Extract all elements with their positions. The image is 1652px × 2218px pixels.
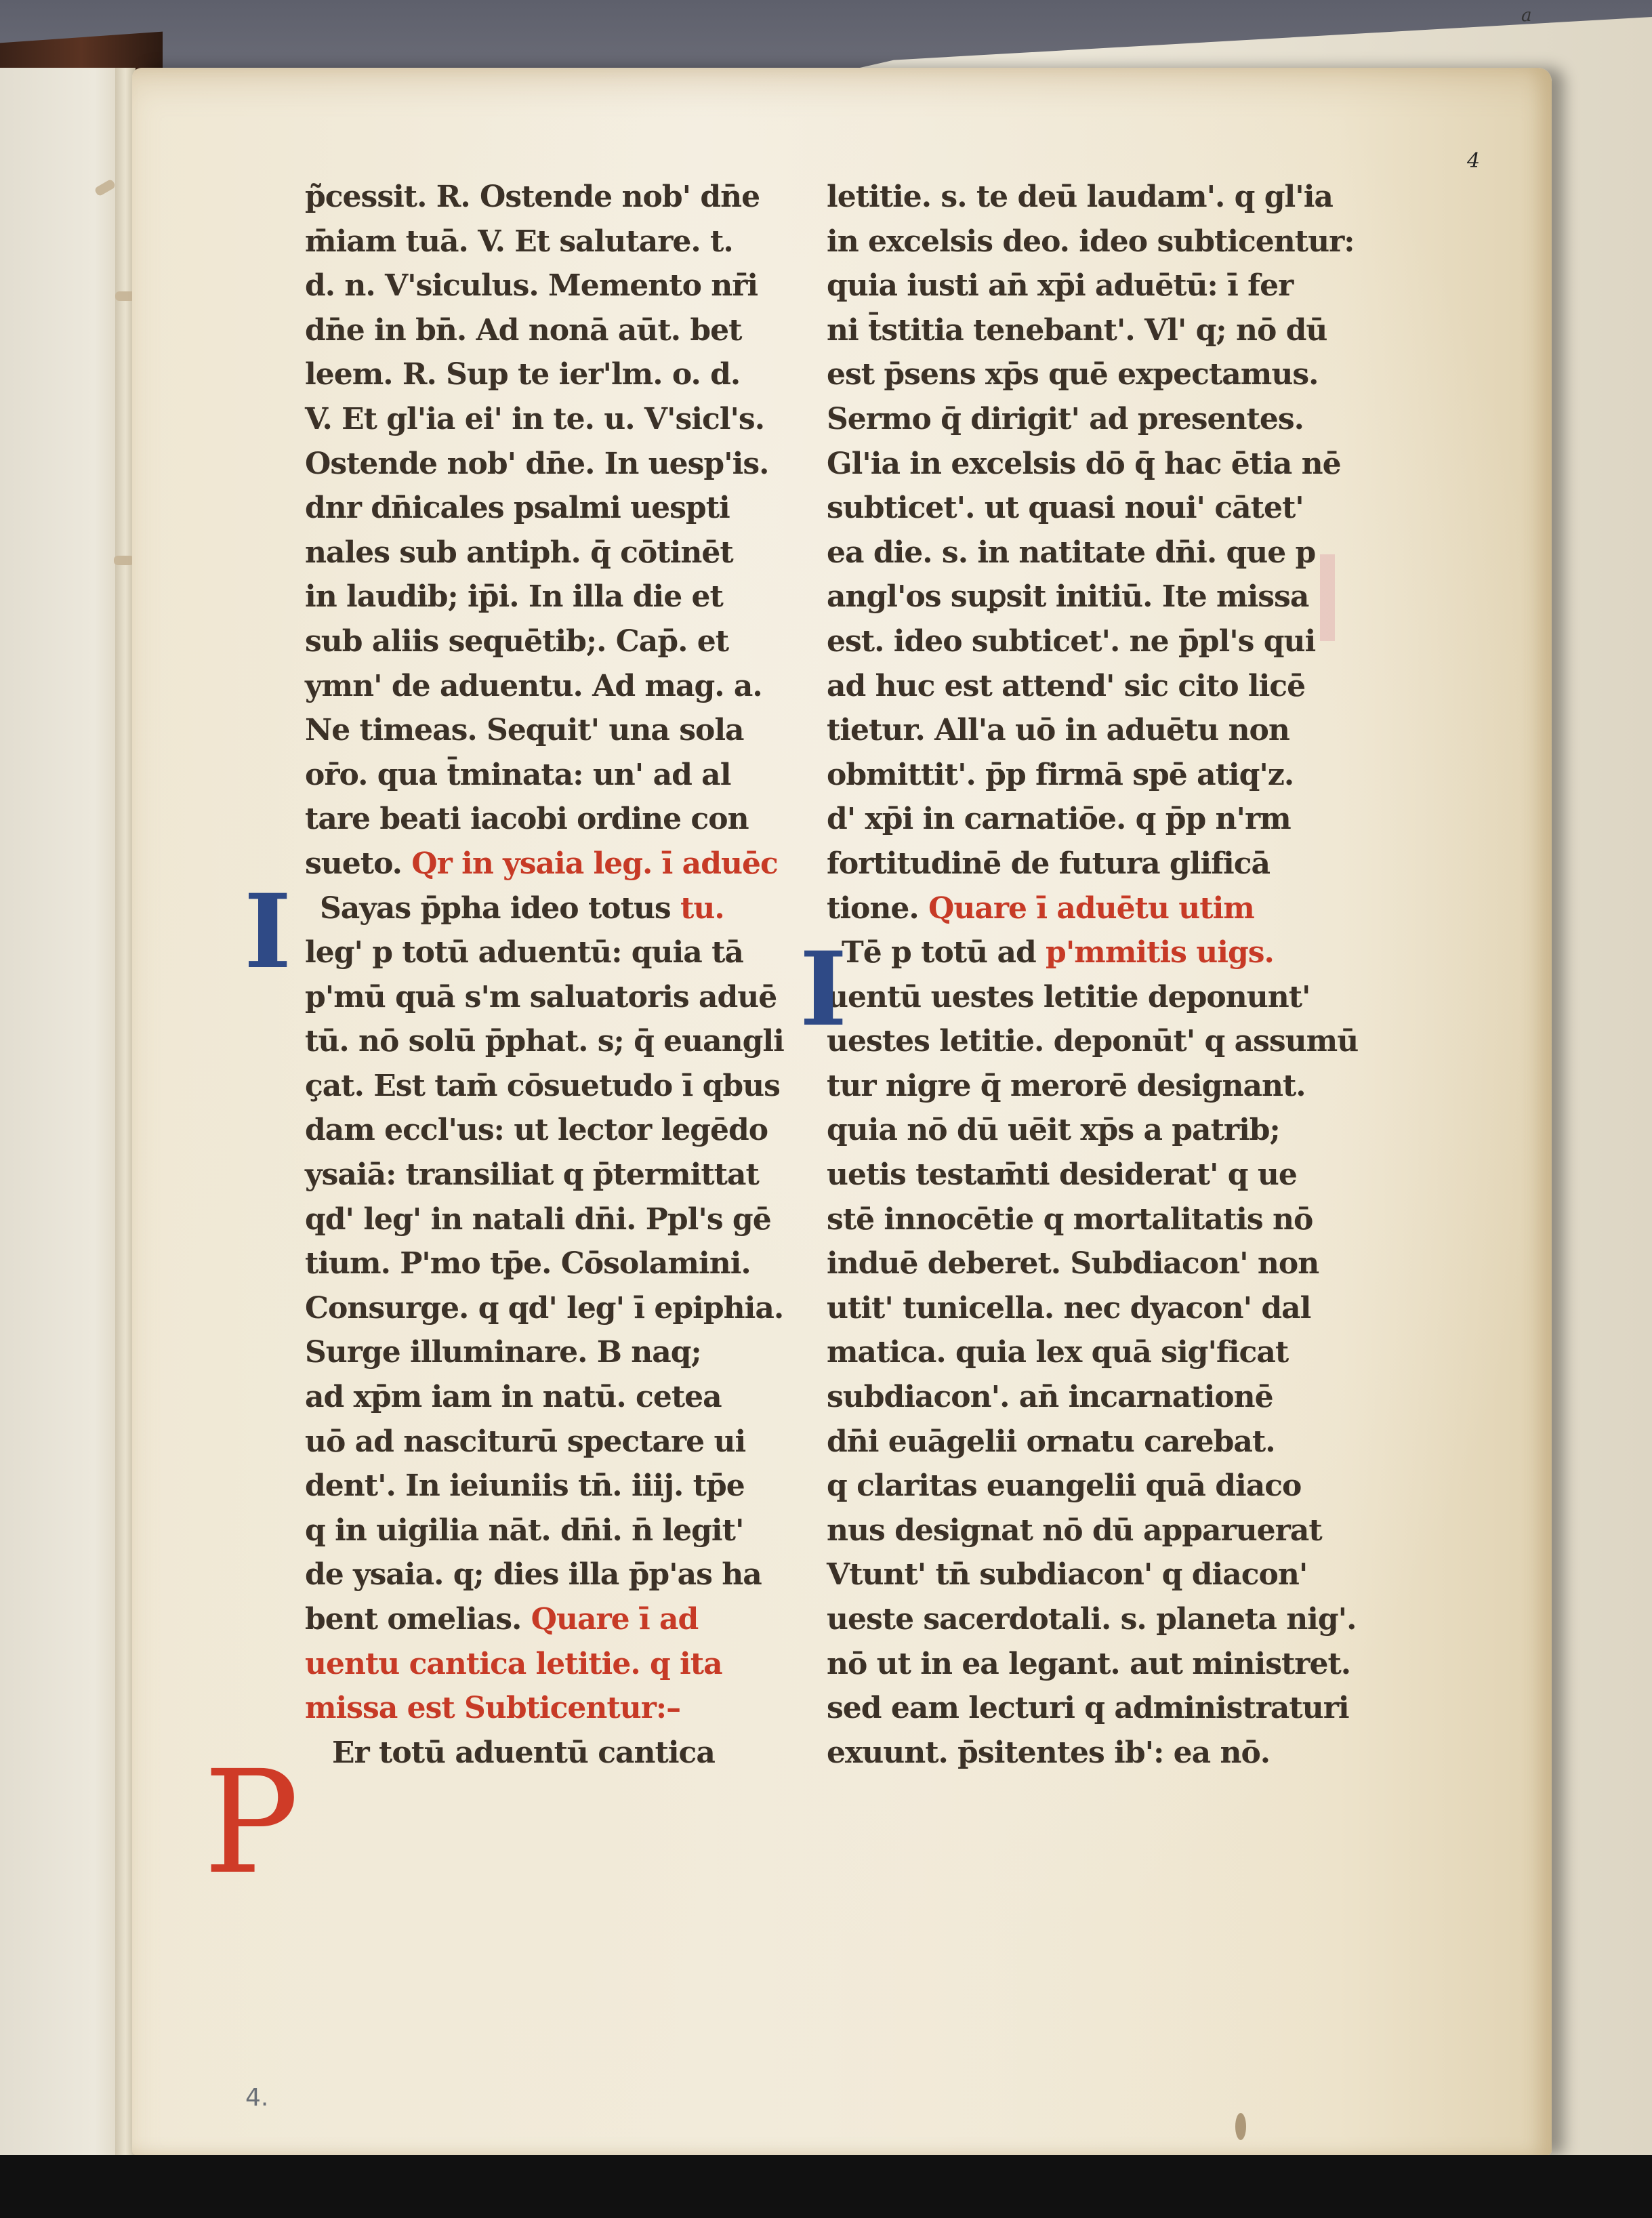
text-run: Memento nr̄i xyxy=(539,268,758,303)
text-line: ad xp̄m iam in natū. cetea xyxy=(305,1375,820,1420)
text-run: tione. xyxy=(827,891,928,926)
text-line: dam eccl'us: ut lector legēdo xyxy=(305,1108,820,1153)
text-line: Er totū aduentū cantica xyxy=(305,1731,820,1775)
decorated-initial-i-left: I xyxy=(244,881,291,983)
text-line: Sermo q̄ dirigit' ad presentes. xyxy=(827,397,1342,442)
text-run: dn̄e in bn̄. Ad nonā aūt. bet xyxy=(305,313,741,348)
text-line: uetis testam̄ti desiderat' q ue xyxy=(827,1153,1342,1197)
background-bottom xyxy=(0,2155,1652,2218)
text-line: sed eam lecturi q administraturi xyxy=(827,1686,1342,1731)
text-line: Gl'ia in excelsis dō q̄ hac ētia nē xyxy=(827,442,1342,487)
left-text-column: p̃cessit. R. Ostende nob' dn̄em̄iam tuā.… xyxy=(305,175,820,1775)
text-run: uō ad nasciturū spectare ui xyxy=(305,1424,745,1459)
rubric-text: tu. xyxy=(680,891,724,926)
text-line: d. n. V'siculus. Memento nr̄i xyxy=(305,264,820,308)
text-line: utit' tunicella. nec dyacon' dal xyxy=(827,1286,1342,1331)
text-run: est p̄sens xp̄s quē expectamus. xyxy=(827,357,1318,392)
text-run: dn̄i euāgelii ornatu carebat. xyxy=(827,1424,1275,1459)
text-run: V'siculus. xyxy=(385,268,539,303)
text-run: uentū uestes letitie deponunt' xyxy=(827,980,1310,1014)
text-line: dent'. In ieiuniis tn̄. iiij. tp̄e xyxy=(305,1464,820,1508)
text-run: tur nigre q̄ merorē designant. xyxy=(827,1069,1306,1103)
text-run: Ostende nob' dn̄e xyxy=(470,180,760,214)
text-line: quia nō dū uēit xp̄s a patrib; xyxy=(827,1108,1342,1153)
text-run: çat. Est tam̄ cōsuetudo ī qbus xyxy=(305,1069,780,1103)
text-run: Sermo q̄ dirigit' ad presentes. xyxy=(827,402,1304,436)
text-line: in excelsis deo. ideo subticentur: xyxy=(827,220,1342,264)
text-line: obmittit'. p̄p firmā spē atiq'z. xyxy=(827,753,1342,798)
text-line: uestes letitie. deponūt' q assumū xyxy=(827,1019,1342,1064)
text-line: d' xp̄i in carnatiōe. q p̄p n'rm xyxy=(827,797,1342,842)
text-run: angl'os suꝑsit initiū. Ite missa xyxy=(827,579,1308,614)
rubric-text: missa est Subticentur:– xyxy=(305,1691,680,1725)
folio-number: 4 xyxy=(1467,149,1480,173)
text-line: letitie. s. te deū laudam'. q gl'ia xyxy=(827,175,1342,220)
text-run: Et salutare. t. xyxy=(505,224,733,259)
text-line: ymn' de aduentu. Ad mag. a. xyxy=(305,664,820,709)
text-line: Vtunt' tn̄ subdiacon' q diacon' xyxy=(827,1553,1342,1597)
text-run: in laudib; ip̄i. In illa die et xyxy=(305,579,723,614)
text-line: ysaiā: transiliat q p̄termittat xyxy=(305,1153,820,1197)
text-line: induē deberet. Subdiacon' non xyxy=(827,1241,1342,1286)
text-run: Ostende nob' dn̄e. In uesp'is. xyxy=(305,447,768,481)
text-run: bent omelias. xyxy=(305,1602,531,1637)
text-run: q claritas euangelii quā diaco xyxy=(827,1469,1301,1503)
text-line: qd' leg' in natali dn̄i. Ppl's gē xyxy=(305,1197,820,1242)
text-run: dent'. In ieiuniis tn̄. iiij. tp̄e xyxy=(305,1469,745,1503)
rubric-text: p'mmitis uigs. xyxy=(1046,935,1274,970)
text-run: leem. xyxy=(305,357,402,392)
text-run: p̃cessit. xyxy=(305,180,436,214)
text-run: V. xyxy=(478,224,505,259)
rubric-text: uentu cantica letitie. q ita xyxy=(305,1647,722,1681)
text-line: ea die. s. in natitate dn̄i. que p xyxy=(827,531,1342,575)
text-run: Gl'ia in excelsis dō q̄ hac ētia nē xyxy=(827,447,1341,481)
text-line: dn̄e in bn̄. Ad nonā aūt. bet xyxy=(305,308,820,353)
text-run: tū. nō solū p̄phat. s; q̄ euangli xyxy=(305,1024,784,1059)
text-run: tare beati iacobi ordine con xyxy=(305,802,749,836)
binding-thread xyxy=(114,556,134,565)
text-run: Surge illuminare. B naq; xyxy=(305,1335,701,1370)
text-run: ea die. s. in natitate dn̄i. que p xyxy=(827,535,1315,570)
text-line: leg' p totū aduentū: quia tā xyxy=(305,930,820,975)
text-run: Er totū aduentū cantica xyxy=(332,1736,715,1770)
text-line: m̄iam tuā. V. Et salutare. t. xyxy=(305,220,820,264)
text-line: fortitudinē de futura glificā xyxy=(827,842,1342,886)
text-run: m̄iam tuā. xyxy=(305,224,478,259)
text-run: ad xp̄m iam in natū. cetea xyxy=(305,1380,722,1414)
text-line: leem. R. Sup te ier'lm. o. d. xyxy=(305,352,820,397)
text-run: ueste sacerdotali. s. planeta nig'. xyxy=(827,1602,1356,1637)
text-run: dnr dn̄icales psalmi uespti xyxy=(305,491,730,525)
text-line: de ysaia. q; dies illa p̄p'as ha xyxy=(305,1553,820,1597)
text-line: tium. P'mo tp̄e. Cōsolamini. xyxy=(305,1241,820,1286)
text-run: obmittit'. p̄p firmā spē atiq'z. xyxy=(827,758,1294,792)
text-run: tium. P'mo tp̄e. Cōsolamini. xyxy=(305,1246,751,1281)
text-line: tū. nō solū p̄phat. s; q̄ euangli xyxy=(305,1019,820,1064)
text-run: or̄o. qua t̄minata: un' ad al xyxy=(305,758,730,792)
text-run: nales sub antiph. q̄ cōtinēt xyxy=(305,535,733,570)
text-run: est. ideo subticet'. ne p̄pl's qui xyxy=(827,624,1315,659)
text-line: p'mū quā s'm saluatoris aduē xyxy=(305,975,820,1020)
text-run: tietur. All'a uō in aduētu non xyxy=(827,713,1289,747)
text-line: q claritas euangelii quā diaco xyxy=(827,1464,1342,1508)
text-run: stē innocētie q mortalitatis nō xyxy=(827,1202,1313,1237)
text-line: or̄o. qua t̄minata: un' ad al xyxy=(305,753,820,798)
text-line: matica. quia lex quā sig'ficat xyxy=(827,1330,1342,1375)
text-run: Vtunt' tn̄ subdiacon' q diacon' xyxy=(827,1557,1307,1592)
text-line: quia iusti an̄ xp̄i aduētū: ī fer xyxy=(827,264,1342,308)
text-run: qd' leg' in natali dn̄i. Ppl's gē xyxy=(305,1202,771,1237)
text-run: ni t̄stitia tenebant'. Vl' q; nō dū xyxy=(827,313,1327,348)
text-line: ueste sacerdotali. s. planeta nig'. xyxy=(827,1597,1342,1642)
text-line: angl'os suꝑsit initiū. Ite missa xyxy=(827,575,1342,619)
text-line: Surge illuminare. B naq; xyxy=(305,1330,820,1375)
text-run: sed eam lecturi q administraturi xyxy=(827,1691,1349,1725)
text-line: nales sub antiph. q̄ cōtinēt xyxy=(305,531,820,575)
text-line: uentu cantica letitie. q ita xyxy=(305,1642,820,1687)
text-run: matica. quia lex quā sig'ficat xyxy=(827,1335,1288,1370)
text-run: letitie. s. te deū laudam'. q gl'ia xyxy=(827,180,1333,214)
text-run: nō ut in ea legant. aut ministret. xyxy=(827,1647,1350,1681)
text-run: uetis testam̄ti desiderat' q ue xyxy=(827,1157,1297,1192)
text-run: q in uigilia nāt. dn̄i. n̄ legit' xyxy=(305,1513,743,1548)
text-run: fortitudinē de futura glificā xyxy=(827,846,1270,881)
text-line: q in uigilia nāt. dn̄i. n̄ legit' xyxy=(305,1508,820,1553)
text-line: uentū uestes letitie deponunt' xyxy=(827,975,1342,1020)
text-line: Consurge. q qd' leg' ī epiphia. xyxy=(305,1286,820,1331)
text-run: sueto. xyxy=(305,846,411,881)
text-run: exuunt. p̄sitentes ib': ea nō. xyxy=(827,1736,1270,1770)
text-run: leg' p totū aduentū: quia tā xyxy=(305,935,743,970)
text-line: dnr dn̄icales psalmi uespti xyxy=(305,486,820,531)
text-run: induē deberet. Subdiacon' non xyxy=(827,1246,1319,1281)
rubric-text: Quare ī ad xyxy=(531,1602,699,1637)
text-run: R. xyxy=(436,180,470,214)
text-run: quia iusti an̄ xp̄i aduētū: ī fer xyxy=(827,268,1293,303)
text-line: nō ut in ea legant. aut ministret. xyxy=(827,1642,1342,1687)
text-line: Tē p totū ad p'mmitis uigs. xyxy=(827,930,1342,975)
text-line: V. Et gl'ia ei' in te. u. V'sicl's. xyxy=(305,397,820,442)
decorated-initial-p: P xyxy=(203,1752,299,1894)
text-line: tietur. All'a uō in aduētu non xyxy=(827,708,1342,753)
text-run: sub aliis sequētib;. Cap̄. et xyxy=(305,624,728,659)
text-line: uō ad nasciturū spectare ui xyxy=(305,1420,820,1464)
text-line: nus designat nō dū apparuerat xyxy=(827,1508,1342,1553)
text-run: uestes letitie. deponūt' q assumū xyxy=(827,1024,1358,1059)
text-run: quia nō dū uēit xp̄s a patrib; xyxy=(827,1113,1280,1147)
text-run: Tē p totū ad xyxy=(842,935,1046,970)
text-run: ysaiā: transiliat q p̄termittat xyxy=(305,1157,759,1192)
text-line: bent omelias. Quare ī ad xyxy=(305,1597,820,1642)
text-line: tione. Quare ī aduētu utim xyxy=(827,886,1342,931)
text-run: Ne timeas. Sequit' una sola xyxy=(305,713,744,747)
text-line: est. ideo subticet'. ne p̄pl's qui xyxy=(827,619,1342,664)
text-line: ad huc est attend' sic cito licē xyxy=(827,664,1342,709)
right-text-column: letitie. s. te deū laudam'. q gl'iain ex… xyxy=(827,175,1342,1775)
text-line: exuunt. p̄sitentes ib': ea nō. xyxy=(827,1731,1342,1775)
text-line: Ne timeas. Sequit' una sola xyxy=(305,708,820,753)
text-line: tare beati iacobi ordine con xyxy=(305,797,820,842)
text-line: tur nigre q̄ merorē designant. xyxy=(827,1064,1342,1109)
rubric-text: Quare ī aduētu utim xyxy=(928,891,1254,926)
text-line: sueto. Qr in ysaia leg. ī aduēc xyxy=(305,842,820,886)
text-line: çat. Est tam̄ cōsuetudo ī qbus xyxy=(305,1064,820,1109)
text-line: ni t̄stitia tenebant'. Vl' q; nō dū xyxy=(827,308,1342,353)
text-run: de ysaia. q; dies illa p̄p'as ha xyxy=(305,1557,762,1592)
text-line: stē innocētie q mortalitatis nō xyxy=(827,1197,1342,1242)
text-line: Sayas p̄pha ideo totus tu. xyxy=(305,886,820,931)
text-line: in laudib; ip̄i. In illa die et xyxy=(305,575,820,619)
text-run: ymn' de aduentu. Ad mag. a. xyxy=(305,669,762,703)
text-run: Consurge. q qd' leg' ī epiphia. xyxy=(305,1291,783,1326)
text-line: Ostende nob' dn̄e. In uesp'is. xyxy=(305,442,820,487)
text-line: sub aliis sequētib;. Cap̄. et xyxy=(305,619,820,664)
text-run: subdiacon'. an̄ incarnationē xyxy=(827,1380,1273,1414)
text-run: R. xyxy=(402,357,436,392)
text-line: dn̄i euāgelii ornatu carebat. xyxy=(827,1420,1342,1464)
text-run: V. Et gl'ia ei' in te. u. V'sicl's. xyxy=(305,402,764,436)
text-run: dam eccl'us: ut lector legēdo xyxy=(305,1113,768,1147)
text-line: est p̄sens xp̄s quē expectamus. xyxy=(827,352,1342,397)
text-run: Sayas p̄pha ideo totus xyxy=(320,891,680,926)
decorated-initial-i-right: I xyxy=(800,939,847,1040)
text-run: subticet'. ut quasi noui' cātet' xyxy=(827,491,1304,525)
text-run: d' xp̄i in carnatiōe. q p̄p n'rm xyxy=(827,802,1291,836)
back-leaf-mark: a xyxy=(1521,5,1532,26)
rubric-text: Qr in ysaia leg. ī aduēc xyxy=(411,846,777,881)
pencil-folio-number: 4. xyxy=(245,2084,268,2112)
text-line: p̃cessit. R. Ostende nob' dn̄e xyxy=(305,175,820,220)
ink-stain xyxy=(1235,2113,1246,2140)
text-run: ad huc est attend' sic cito licē xyxy=(827,669,1305,703)
text-run: in excelsis deo. ideo subticentur: xyxy=(827,224,1355,259)
text-line: missa est Subticentur:– xyxy=(305,1686,820,1731)
text-run: d. n. xyxy=(305,268,385,303)
text-line: subdiacon'. an̄ incarnationē xyxy=(827,1375,1342,1420)
text-run: p'mū quā s'm saluatoris aduē xyxy=(305,980,777,1014)
text-run: utit' tunicella. nec dyacon' dal xyxy=(827,1291,1310,1326)
text-line: subticet'. ut quasi noui' cātet' xyxy=(827,486,1342,531)
text-run: Sup te ier'lm. o. d. xyxy=(436,357,740,392)
text-run: nus designat nō dū apparuerat xyxy=(827,1513,1322,1548)
